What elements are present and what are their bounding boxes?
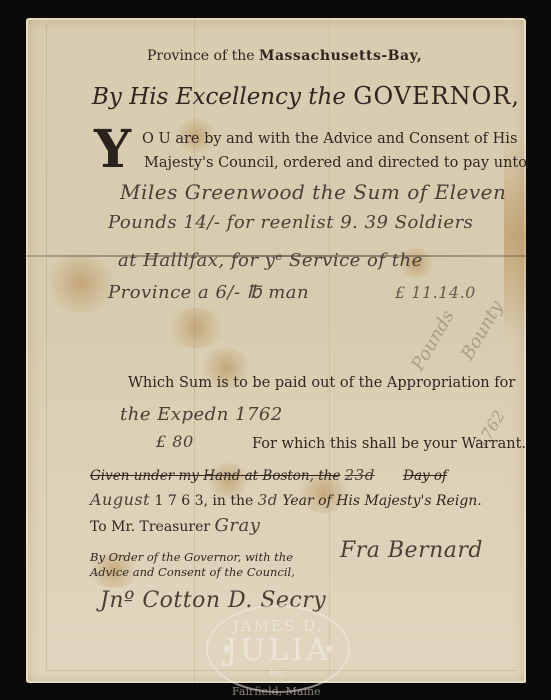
auction-watermark: JAMES D. JULIA ✱ ✱ Inc. [206,605,350,693]
warrant-text: For which this shall be your Warrant. [252,436,526,452]
given-text: Given under my Hand at Boston, the [90,468,340,484]
title-italic: By His Excellency the [92,84,346,110]
handwritten-day: 23d [345,466,375,484]
order-line-2: Advice and Consent of the Council, [90,565,295,579]
handwritten-treasurer: Gray [215,515,261,536]
treasurer-label: To Mr. Treasurer [90,519,210,535]
year-text: 1 7 6 3, in the [155,493,254,509]
title-governor: GOVERNOR, [353,82,520,110]
star-icon: ✱ [222,643,231,656]
watermark-city: Fairfield, Maine [232,685,321,698]
appropriation-text: Which Sum is to be paid out of the Appro… [128,375,515,391]
given-line: Given under my Hand at Boston, the 23d D… [90,466,447,484]
province-name: Massachusetts-Bay, [259,48,422,64]
handwritten-appropriation: the Expedn 1762 [120,404,283,425]
order-line-1: By Order of the Governor, with the [90,550,293,564]
header-text: Province of the [147,48,255,64]
handwritten-amount-line: Pounds 14/- for reenlist 9. 39 Soldiers [108,212,473,233]
handwritten-total: £ 11.14.0 [395,283,476,302]
handwritten-month: August [90,490,150,509]
warrant-document [26,18,526,683]
star-icon: ✱ [325,643,334,656]
body-line-1: O U are by and with the Advice and Conse… [142,131,517,147]
body-line-2: Majesty's Council, ordered and directed … [144,155,527,171]
treasurer-line: To Mr. Treasurer Gray [90,515,260,536]
watermark-inc: Inc. [208,669,348,679]
reign-text: Year of His Majesty's Reign. [282,493,481,509]
fold-crease-vertical [329,18,330,683]
year-line: August 1 7 6 3, in the 3d Year of His Ma… [90,490,482,509]
handwritten-payee-line: Miles Greenwood the Sum of Eleven [120,180,506,204]
handwritten-regnal-year: 3d [258,491,278,509]
drop-cap: Y [94,124,131,176]
handwritten-amount: £ 80 [156,432,194,451]
handwritten-rate-line: Province a 6/- ℔ man [108,282,309,303]
handwritten-location-line: at Hallifax, for yᵉ Service of the [118,250,423,271]
stain [46,253,116,313]
given-day-of: Day of [403,468,447,484]
governor-signature: Fra Bernard [340,538,483,563]
province-header: Province of the Massachusetts-Bay, [147,48,422,64]
title-line: By His Excellency the GOVERNOR, [92,82,520,110]
stain [166,308,226,348]
fold-crease-vertical [194,18,195,683]
